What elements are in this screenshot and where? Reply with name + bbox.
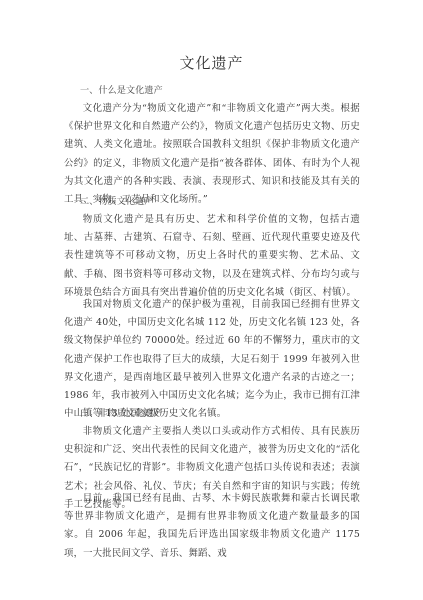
paragraph-2-1: 物质文化遗产是具有历史、艺术和科学价值的文物，包括古遗址、古墓葬、古建筑、石窟寺… [64, 211, 360, 302]
document-page: 文化遗产 一、什么是文化遗产 文化遗产分为“物质文化遗产”和“非物质文化遗产”两… [0, 0, 423, 600]
section-heading-1: 一、什么是文化遗产 [80, 82, 163, 96]
paragraph-3-2: 目前，我国已经有昆曲、古琴、木卡姆民族歌舞和蒙古长调民歌等世界非物质文化遗产，是… [64, 490, 360, 563]
section-heading-3: 三、非物质文化遗产 [80, 405, 163, 419]
section-heading-2: 二、物质文化遗产 [80, 193, 154, 207]
document-title: 文化遗产 [0, 52, 423, 73]
